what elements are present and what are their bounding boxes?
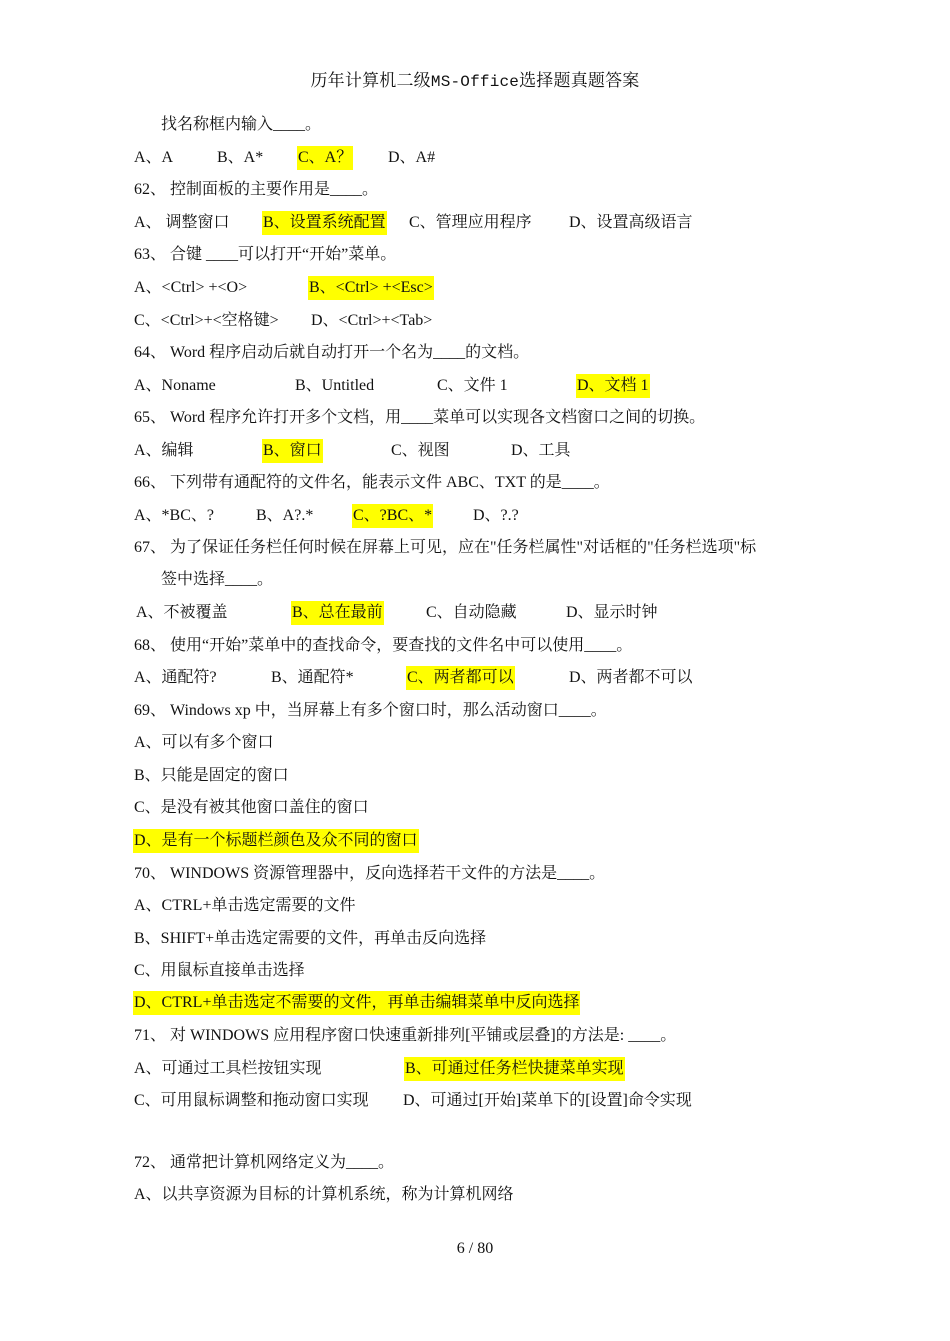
answer-highlighted: C、两者都可以 <box>406 666 515 690</box>
text-segment: B、SHIFT+单击选定需要的文件，再单击反向选择 <box>133 927 487 951</box>
text-segment: A、编辑 <box>133 439 195 463</box>
text-segment: C、是没有被其他窗口盖住的窗口 <box>133 796 370 820</box>
text-segment: D、<Ctrl>+<Tab> <box>310 309 433 333</box>
text-segment: 签中选择____。 <box>160 568 274 592</box>
text-segment: 63、 合键 ____可以打开“开始”菜单。 <box>133 243 397 267</box>
text-segment: D、A# <box>387 146 436 170</box>
text-segment: C、可用鼠标调整和拖动窗口实现 <box>133 1089 370 1113</box>
text-segment: C、<Ctrl>+<空格键> <box>133 309 280 333</box>
answer-highlighted: B、可通过任务栏快捷菜单实现 <box>404 1057 625 1081</box>
answer-highlighted: D、CTRL+单击选定不需要的文件，再单击编辑菜单中反向选择 <box>133 991 580 1015</box>
text-segment: 65、 Word 程序允许打开多个文档，用____菜单可以实现各文档窗口之间的切… <box>133 406 706 430</box>
text-segment: 67、 为了保证任务栏任何时候在屏幕上可见，应在"任务栏属性"对话框的"任务栏选… <box>133 536 757 560</box>
answer-highlighted: B、设置系统配置 <box>262 211 387 235</box>
text-segment: C、视图 <box>390 439 451 463</box>
header-title-suffix: 选择题真题答案 <box>519 71 639 90</box>
text-segment: A、通配符? <box>133 666 218 690</box>
text-segment: B、A* <box>216 146 264 170</box>
header-title-product: MS-Office <box>431 73 519 91</box>
text-segment: D、显示时钟 <box>565 601 659 625</box>
text-segment: C、自动隐藏 <box>425 601 518 625</box>
page-header: 历年计算机二级MS-Office选择题真题答案 <box>0 66 950 91</box>
text-segment: D、?.? <box>472 504 520 528</box>
text-segment: A、<Ctrl> +<O> <box>133 276 248 300</box>
document-page: 历年计算机二级MS-Office选择题真题答案 找名称框内输入____。A、AB… <box>0 0 950 1341</box>
text-segment: A、可通过工具栏按钮实现 <box>133 1057 323 1081</box>
text-segment: 70、 WINDOWS 资源管理器中，反向选择若干文件的方法是____。 <box>133 862 606 886</box>
text-segment: A、可以有多个窗口 <box>133 731 275 755</box>
text-segment: A、以共享资源为目标的计算机系统，称为计算机网络 <box>133 1183 515 1207</box>
text-segment: C、管理应用程序 <box>408 211 533 235</box>
text-segment: A、CTRL+单击选定需要的文件 <box>133 894 356 918</box>
text-segment: 66、 下列带有通配符的文件名，能表示文件 ABC、TXT 的是____。 <box>133 471 611 495</box>
text-segment: A、Noname <box>133 374 217 398</box>
text-segment: 69、 Windows xp 中，当屏幕上有多个窗口时，那么活动窗口____。 <box>133 699 608 723</box>
text-segment: 64、 Word 程序启动后就自动打开一个名为____的文档。 <box>133 341 530 365</box>
answer-highlighted: D、是有一个标题栏颜色及众不同的窗口 <box>133 829 419 853</box>
page-number: 6 / 80 <box>0 1240 950 1258</box>
answer-highlighted: B、窗口 <box>262 439 323 463</box>
answer-highlighted: C、?BC、* <box>352 504 433 528</box>
text-segment: D、可通过[开始]菜单下的[设置]命令实现 <box>402 1089 693 1113</box>
text-segment: B、通配符* <box>270 666 355 690</box>
text-segment: B、Untitled <box>294 374 375 398</box>
text-segment: B、A?.* <box>255 504 314 528</box>
text-segment: D、设置高级语言 <box>568 211 694 235</box>
answer-highlighted: B、总在最前 <box>291 601 384 625</box>
text-segment: 71、 对 WINDOWS 应用程序窗口快速重新排列[平铺或层叠]的方法是: _… <box>133 1024 677 1048</box>
text-segment: A、*BC、? <box>133 504 215 528</box>
text-segment: A、 调整窗口 <box>133 211 231 235</box>
text-segment: 72、 通常把计算机网络定义为____。 <box>133 1151 395 1175</box>
answer-highlighted: D、文档 1 <box>576 374 650 398</box>
text-segment: C、文件 1 <box>436 374 509 398</box>
answer-highlighted: C、A？ <box>297 146 353 170</box>
header-title-prefix: 历年计算机二级 <box>310 71 430 90</box>
answer-highlighted: B、<Ctrl> +<Esc> <box>308 276 434 300</box>
text-segment: 62、 控制面板的主要作用是____。 <box>133 178 379 202</box>
text-segment: C、用鼠标直接单击选择 <box>133 959 306 983</box>
text-segment: A、A <box>133 146 174 170</box>
text-segment: D、工具 <box>510 439 572 463</box>
text-segment: D、两者都不可以 <box>568 666 694 690</box>
text-segment: 68、 使用“开始”菜单中的查找命令，要查找的文件名中可以使用____。 <box>133 634 633 658</box>
text-segment: A、不被覆盖 <box>135 601 229 625</box>
text-segment: 找名称框内输入____。 <box>160 113 322 137</box>
text-segment: B、只能是固定的窗口 <box>133 764 290 788</box>
